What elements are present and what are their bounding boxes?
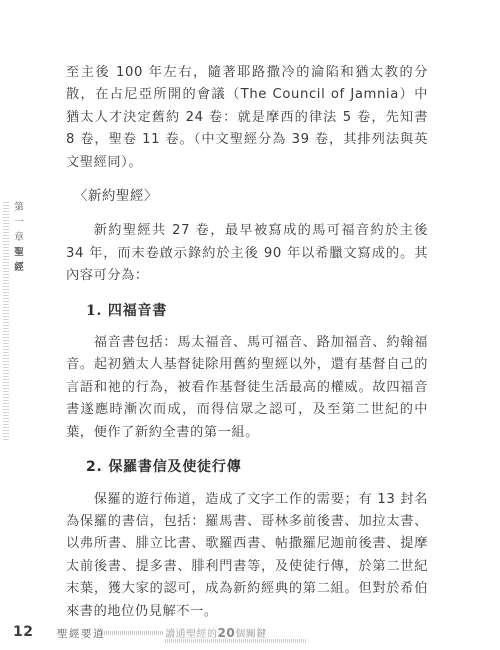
chapter-label-char: 經	[12, 260, 26, 275]
body-text: 至主後 100 年左右，隨著耶路撒冷的淪陷和猶太教的分散，在占尼亞所開的會議（T…	[66, 62, 428, 623]
subsection-paragraph-gospels: 福音書包括：馬太福音、馬可福音、路加福音、約翰福音。起初猶太人基督徒除用舊約聖經…	[66, 332, 428, 444]
subsection-paragraph-pauline-epistles: 保羅的遊行佈道，造成了文字工作的需要；有 13 封名為保羅的書信，包括：羅馬書、…	[66, 489, 428, 623]
chapter-label-char: 一	[12, 215, 26, 230]
chapter-label: 第 一 章 聖 經	[12, 200, 26, 275]
section-intro-paragraph: 新約聖經共 27 卷，最早被寫成的馬可福音約於主後 34 年，而末卷啟示錄約於主…	[66, 220, 428, 287]
intro-paragraph: 至主後 100 年左右，隨著耶路撒冷的淪陷和猶太教的分散，在占尼亞所開的會議（T…	[66, 62, 428, 174]
page-number: 12	[13, 624, 33, 640]
chapter-side-bar	[3, 202, 9, 442]
chapter-label-char: 聖	[12, 245, 26, 260]
footer-dotted-underline	[165, 639, 307, 643]
footer-subtitle: 讀通聖經的20個關鍵	[165, 625, 267, 640]
footer-book-title: 聖經要道	[57, 626, 105, 641]
subsection-heading-pauline-epistles: 2. 保羅書信及使徒行傳	[86, 456, 428, 478]
chapter-label-char: 第	[12, 200, 26, 215]
section-title: 〈新約聖經〉	[74, 186, 428, 208]
footer-dotted-rule	[102, 631, 164, 635]
footer-subtitle-number: 20	[218, 626, 236, 640]
subsection-heading-gospels: 1. 四福音書	[86, 300, 428, 322]
book-page: 第 一 章 聖 經 至主後 100 年左右，隨著耶路撒冷的淪陷和猶太教的分散，在…	[0, 0, 500, 650]
chapter-label-char: 章	[12, 230, 26, 245]
